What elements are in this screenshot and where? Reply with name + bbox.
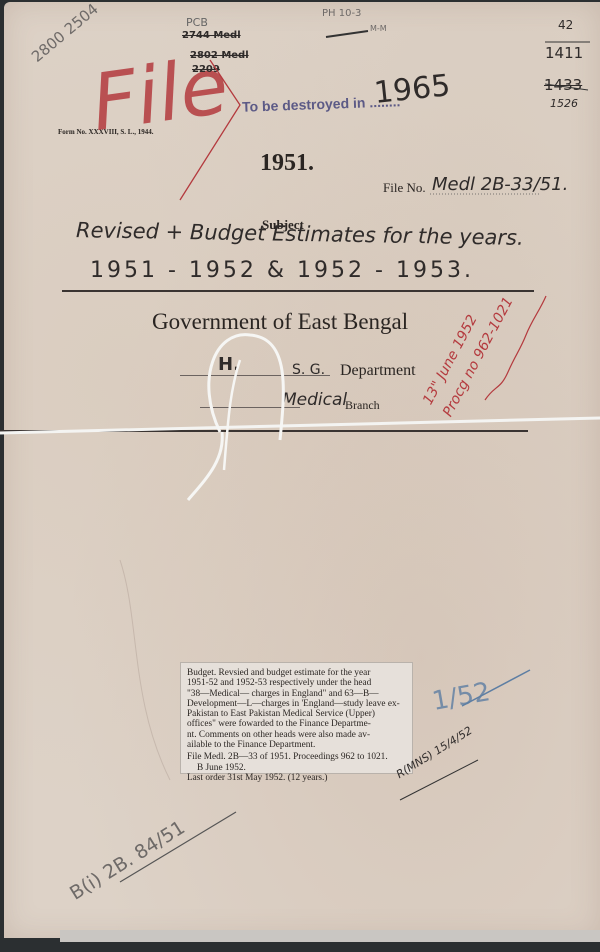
decorative-strokes: [0, 0, 600, 952]
string-icon: [0, 418, 600, 433]
red-arrow-stroke: [180, 60, 240, 200]
